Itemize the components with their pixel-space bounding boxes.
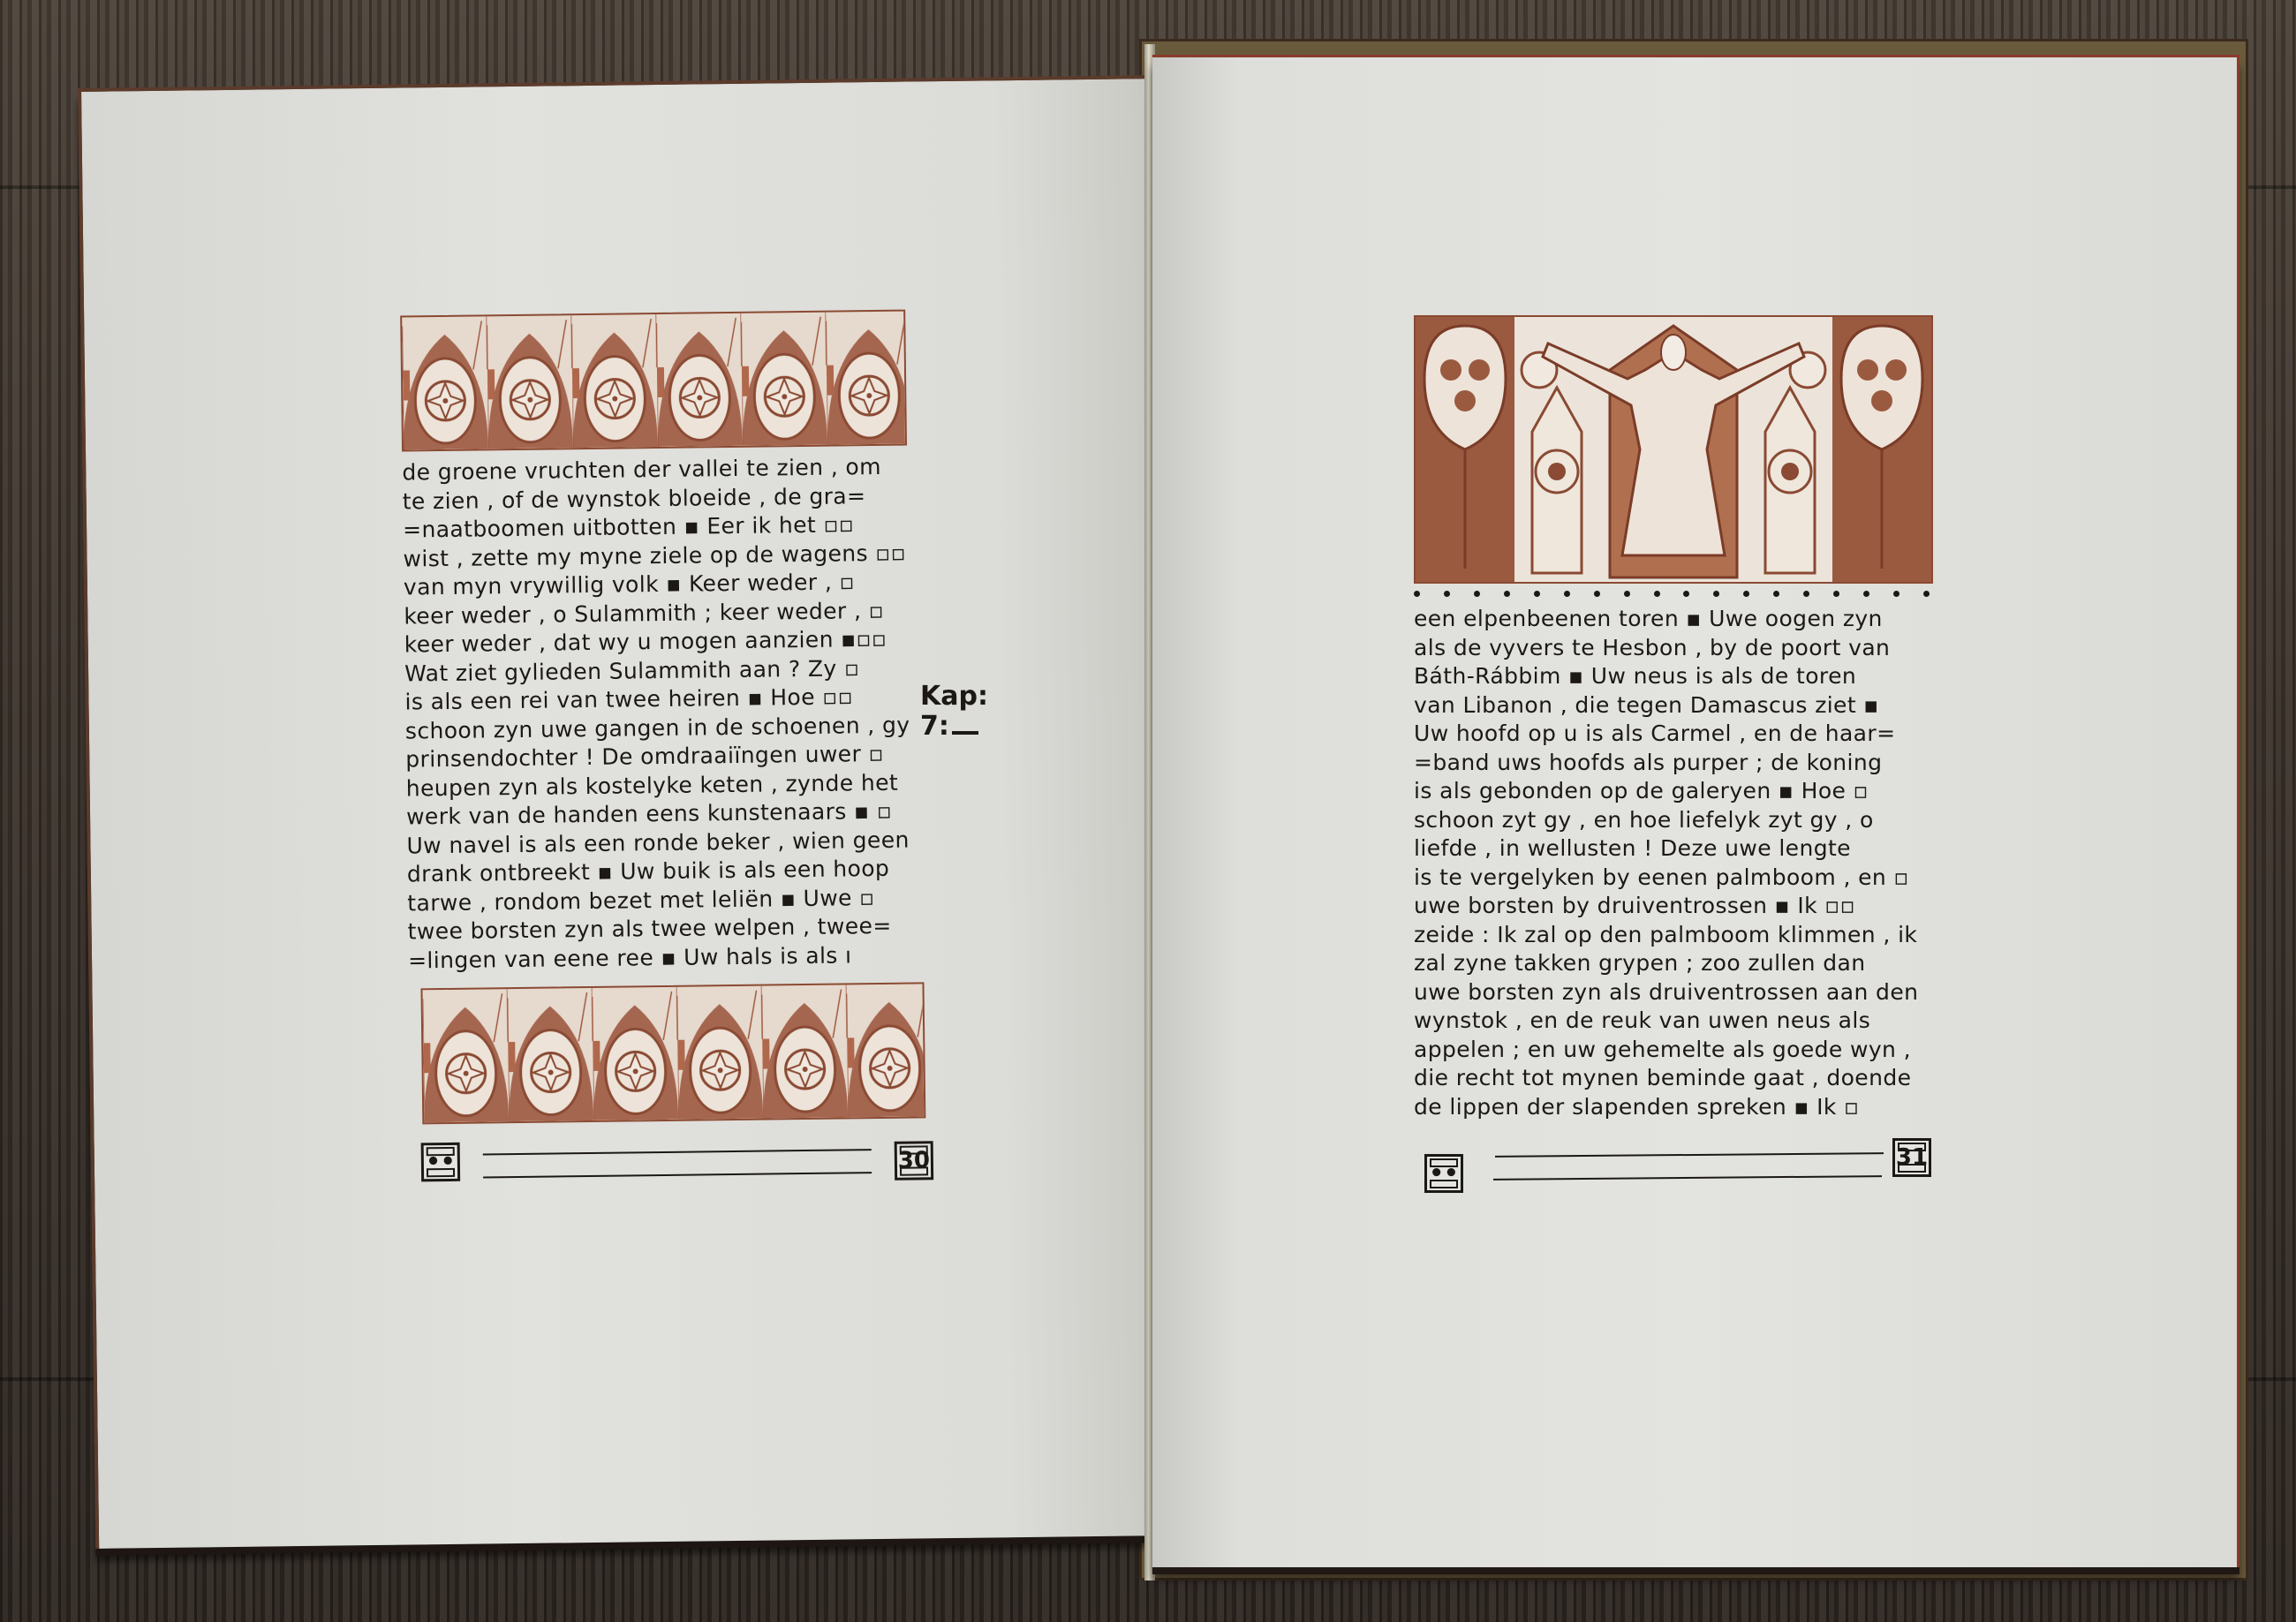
text-line: als de vyvers te Hesbon , by de poort va… (1414, 634, 1931, 663)
text-line: =lingen van eene ree ▪ Uw hals is als ı (408, 940, 911, 975)
chapter-number: 7: (920, 712, 988, 742)
throne-illustration (1414, 315, 1933, 584)
text-line: zal zyne takken grypen ; zoo zullen dan (1414, 949, 1931, 978)
text-line: uwe borsten by druiventrossen ▪ Ik ▫▫ (1414, 892, 1931, 921)
text-line: =band uws hoofds als purper ; de koning (1414, 749, 1931, 778)
top-frieze (400, 310, 907, 452)
chapter-label: Kap: (920, 682, 988, 712)
text-line: is als gebonden op de galeryen ▪ Hoe ▫ (1414, 777, 1931, 806)
page-number-box: 31 (1892, 1138, 1931, 1177)
footer-rule (1493, 1175, 1882, 1181)
enthroned-figure-icon (1416, 317, 1931, 582)
text-line: uwe borsten zyn als druiventrossen aan d… (1414, 978, 1931, 1007)
footer-rule (483, 1149, 872, 1155)
left-page: de groene vruchten der vallei te zien , … (78, 75, 1169, 1549)
text-line: appelen ; en uw gehemelte als goede wyn … (1414, 1036, 1931, 1065)
page-number-box: 30 (895, 1141, 934, 1181)
text-line: schoon zyt gy , en hoe liefelyk zyt gy ,… (1414, 806, 1931, 835)
right-page: een elpenbeenen toren ▪ Uwe oogen zyn al… (1152, 55, 2239, 1567)
lotus-rosette-ornament-icon (402, 312, 905, 450)
text-line: zeide : Ik zal op den palmboom klimmen ,… (1414, 921, 1931, 950)
text-line: de lippen der slapenden spreken ▪ Ik ▫ (1414, 1093, 1931, 1122)
right-text: een elpenbeenen toren ▪ Uwe oogen zyn al… (1414, 605, 1931, 1121)
bottom-frieze (420, 982, 925, 1124)
left-text: de groene vruchten der vallei te zien , … (402, 453, 911, 976)
footer-ornament-box: •• (1424, 1154, 1463, 1193)
text-line: een elpenbeenen toren ▪ Uwe oogen zyn (1414, 605, 1931, 634)
text-line: Uw hoofd op u is als Carmel , en de haar… (1414, 720, 1931, 749)
text-line: is te vergelyken by eenen palmboom , en … (1414, 864, 1931, 893)
footer-rule (483, 1172, 872, 1178)
footer-rule (1495, 1152, 1884, 1158)
text-line: wynstok , en de reuk van uwen neus als (1414, 1007, 1931, 1036)
chapter-rule (952, 731, 978, 735)
dot-divider (1414, 591, 1930, 597)
text-line: van Libanon , die tegen Damascus ziet ▪ (1414, 691, 1931, 720)
lotus-rosette-ornament-icon (423, 984, 925, 1122)
text-line: Báth-Rábbim ▪ Uw neus is als de toren (1414, 662, 1931, 691)
text-line: liefde , in wellusten ! Deze uwe lengte (1414, 834, 1931, 864)
text-line: die recht tot mynen beminde gaat , doend… (1414, 1064, 1931, 1093)
footer-ornament-box: •• (421, 1143, 461, 1182)
